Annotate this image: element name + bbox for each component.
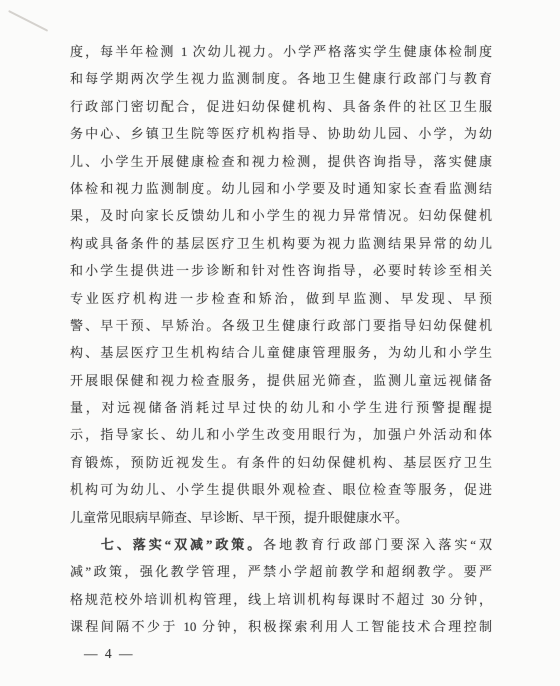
text-line: 格规范校外培训机构管理，线上培训机构每课时不超过 30 分钟， — [70, 586, 492, 613]
bold-heading-text: 七、落实“双减”政策。 — [98, 537, 263, 552]
document-body-text: 度，每半年检测 1 次幼儿视力。小学严格落实学生健康体检制度和每学期两次学生视力… — [70, 38, 492, 641]
text-line: 构或具备条件的基层医疗卫生机构要为视力监测结果异常的幼儿 — [70, 230, 492, 257]
text-line: 示，指导家长、幼儿和小学生改变用眼行为，加强户外活动和体 — [70, 421, 492, 448]
text-line: 开展眼保健和视力检查服务，提供屈光筛查，监测儿童远视储备 — [70, 367, 492, 394]
text-line: 课程间隔不少于 10 分钟，积极探索利用人工智能技术合理控制 — [70, 613, 492, 640]
paragraph-indent — [70, 548, 98, 549]
text-line: 务中心、乡镇卫生院等医疗机构指导、协助幼儿园、小学，为幼 — [70, 120, 492, 147]
text-line: 儿、小学生开展健康检查和视力检测，提供咨询指导，落实健康 — [70, 148, 492, 175]
text-line: 和每学期两次学生视力监测制度。各地卫生健康行政部门与教育 — [70, 65, 492, 92]
text-line: 专业医疗机构进一步检查和矫治，做到早监测、早发现、早预 — [70, 285, 492, 312]
text-line: 育锻炼，预防近视发生。有条件的妇幼保健机构、基层医疗卫生 — [70, 449, 492, 476]
text-line: 量，对远视储备消耗过早过快的幼儿和小学生进行预警提醒提 — [70, 394, 492, 421]
scan-artifact — [8, 10, 48, 31]
text-line: 警、早干预、早矫治。各级卫生健康行政部门要指导妇幼保健机 — [70, 312, 492, 339]
text-line: 度，每半年检测 1 次幼儿视力。小学严格落实学生健康体检制度 — [70, 38, 492, 65]
page-number: — 4 — — [84, 644, 135, 664]
text-line: 儿童常见眼病早筛查、早诊断、早干预，提升眼健康水平。 — [70, 504, 492, 531]
text-line: 机构可为幼儿、小学生提供眼外观检查、眼位检查等服务，促进 — [70, 476, 492, 503]
text-line: 和小学生提供进一步诊断和针对性咨询指导，必要时转诊至相关 — [70, 257, 492, 284]
text-line: 构、基层医疗卫生机构结合儿童健康管理服务，为幼儿和小学生 — [70, 339, 492, 366]
text-line: 果，及时向家长反馈幼儿和小学生的视力异常情况。妇幼保健机 — [70, 202, 492, 229]
text-line: 七、落实“双减”政策。各地教育行政部门要深入落实“双 — [70, 531, 492, 558]
text-line: 体检和视力监测制度。幼儿园和小学要及时通知家长查看监测结 — [70, 175, 492, 202]
text-line: 行政部门密切配合，促进妇幼保健机构、具备条件的社区卫生服 — [70, 93, 492, 120]
text-line: 减”政策，强化教学管理，严禁小学超前教学和超纲教学。要严 — [70, 558, 492, 585]
document-page: 度，每半年检测 1 次幼儿视力。小学严格落实学生健康体检制度和每学期两次学生视力… — [0, 0, 560, 686]
